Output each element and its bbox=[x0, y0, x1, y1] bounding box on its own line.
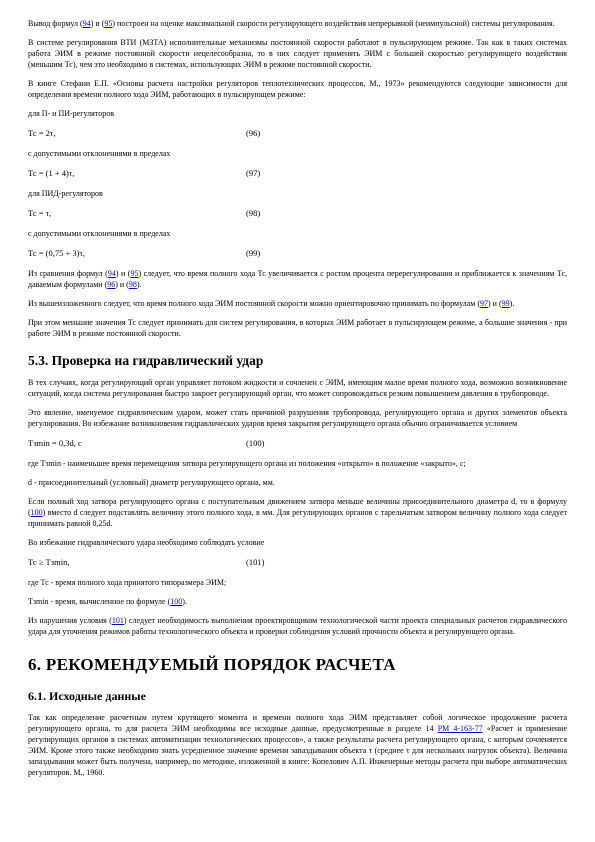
reference-link[interactable]: 94 bbox=[83, 19, 91, 28]
section-heading: 5.3. Проверка на гидравлический удар bbox=[28, 353, 567, 369]
formula-row: Тс = (0,75 + 3)τ,(99) bbox=[28, 248, 567, 259]
reference-link[interactable]: 98 bbox=[129, 280, 137, 289]
reference-link[interactable]: 100 bbox=[170, 597, 182, 606]
section-heading: 6.1. Исходные данные bbox=[28, 689, 567, 704]
paragraph: В тех случаях, когда регулирующий орган … bbox=[28, 377, 567, 399]
formula-expression: Тс = (0,75 + 3)τ, bbox=[28, 248, 246, 259]
paragraph: Из нарушения условия (101) следует необх… bbox=[28, 615, 567, 637]
formula-expression: Тс = (1 + 4)τ, bbox=[28, 168, 246, 179]
formula-expression: Тзmin = 0,3d, с bbox=[28, 438, 246, 449]
text-segment: ) и ( bbox=[488, 299, 502, 308]
formula-row: Тс = τ,(98) bbox=[28, 208, 567, 219]
formula-expression: Тс ≥ Тзmin, bbox=[28, 557, 246, 568]
formula-expression: Тс = 2τ, bbox=[28, 128, 246, 139]
paragraph: с допустимыми отклонениями в пределах bbox=[28, 148, 567, 159]
paragraph: d - присоединительный (условный) диаметр… bbox=[28, 477, 567, 488]
text-segment: ) и ( bbox=[91, 19, 105, 28]
text-segment: где Тзmin - наименьшее время перемещения… bbox=[28, 459, 466, 468]
paragraph: В книге Стефани Е.П. «Основы расчета нас… bbox=[28, 78, 567, 100]
reference-link[interactable]: 94 bbox=[108, 269, 116, 278]
text-segment: Во избежание гидравлического удара необх… bbox=[28, 538, 264, 547]
paragraph: Вывод формул (94) и (95) построен на оце… bbox=[28, 18, 567, 29]
text-segment: ) и ( bbox=[116, 269, 131, 278]
text-segment: В тех случаях, когда регулирующий орган … bbox=[28, 378, 567, 398]
formula-row: Тзmin = 0,3d, с(100) bbox=[28, 438, 567, 449]
text-segment: Тзmin - время, вычисленное по формуле ( bbox=[28, 597, 170, 606]
formula-number: (101) bbox=[246, 557, 264, 568]
text-segment: В системе регулирования ВТИ (МЗТА) испол… bbox=[28, 38, 567, 69]
text-segment: При этом меньшие значения Тс следует при… bbox=[28, 318, 567, 338]
text-segment: Из нарушения условия ( bbox=[28, 616, 112, 625]
text-segment: ). bbox=[137, 280, 142, 289]
paragraph: Тзmin - время, вычисленное по формуле (1… bbox=[28, 596, 567, 607]
text-segment: ) вместо d следует подставлять величину … bbox=[28, 508, 567, 528]
text-segment: Из вышеизложенного следует, что время по… bbox=[28, 299, 480, 308]
text-segment: с допустимыми отклонениями в пределах bbox=[28, 149, 170, 158]
document-content: Вывод формул (94) и (95) построен на оце… bbox=[28, 18, 567, 778]
text-segment: для ПИД-регуляторов bbox=[28, 189, 103, 198]
paragraph: для П- и ПИ-регуляторов bbox=[28, 108, 567, 119]
text-segment: где Тс - время полного хода принятого ти… bbox=[28, 578, 226, 587]
text-segment: ). bbox=[510, 299, 515, 308]
reference-link[interactable]: 97 bbox=[480, 299, 488, 308]
reference-link[interactable]: РМ 4-163-77 bbox=[438, 724, 483, 733]
reference-link[interactable]: 101 bbox=[112, 616, 124, 625]
text-segment: Это явление, именуемое гидравлическим уд… bbox=[28, 408, 567, 428]
formula-number: (98) bbox=[246, 208, 260, 219]
text-segment: Вывод формул ( bbox=[28, 19, 83, 28]
paragraph: где Тзmin - наименьшее время перемещения… bbox=[28, 458, 567, 469]
formula-number: (100) bbox=[246, 438, 264, 449]
paragraph: При этом меньшие значения Тс следует при… bbox=[28, 317, 567, 339]
formula-expression: Тс = τ, bbox=[28, 208, 246, 219]
text-segment: ). bbox=[182, 597, 187, 606]
document-page: Вывод формул (94) и (95) построен на оце… bbox=[0, 0, 595, 842]
paragraph: Из вышеизложенного следует, что время по… bbox=[28, 298, 567, 309]
text-segment: Из сравнения формул ( bbox=[28, 269, 108, 278]
paragraph: для ПИД-регуляторов bbox=[28, 188, 567, 199]
formula-row: Тс ≥ Тзmin,(101) bbox=[28, 557, 567, 568]
paragraph: Во избежание гидравлического удара необх… bbox=[28, 537, 567, 548]
reference-link[interactable]: 100 bbox=[31, 508, 43, 517]
section-heading: 6. РЕКОМЕНДУЕМЫЙ ПОРЯДОК РАСЧЕТА bbox=[28, 655, 567, 675]
paragraph: с допустимыми отклонениями в пределах bbox=[28, 228, 567, 239]
text-segment: d - присоединительный (условный) диаметр… bbox=[28, 478, 275, 487]
paragraph: В системе регулирования ВТИ (МЗТА) испол… bbox=[28, 37, 567, 70]
text-segment: для П- и ПИ-регуляторов bbox=[28, 109, 114, 118]
formula-number: (99) bbox=[246, 248, 260, 259]
formula-row: Тс = (1 + 4)τ,(97) bbox=[28, 168, 567, 179]
text-segment: с допустимыми отклонениями в пределах bbox=[28, 229, 170, 238]
formula-number: (97) bbox=[246, 168, 260, 179]
reference-link[interactable]: 99 bbox=[502, 299, 510, 308]
formula-number: (96) bbox=[246, 128, 260, 139]
formula-row: Тс = 2τ,(96) bbox=[28, 128, 567, 139]
paragraph: Это явление, именуемое гидравлическим уд… bbox=[28, 407, 567, 429]
paragraph: где Тс - время полного хода принятого ти… bbox=[28, 577, 567, 588]
text-segment: ) построен на оценке максимальной скорос… bbox=[112, 19, 554, 28]
text-segment: В книге Стефани Е.П. «Основы расчета нас… bbox=[28, 79, 567, 99]
paragraph: Так как определение расчетным путем крут… bbox=[28, 712, 567, 778]
text-segment: ) и ( bbox=[115, 280, 129, 289]
paragraph: Из сравнения формул (94) и (95) следует,… bbox=[28, 268, 567, 290]
paragraph: Если полный ход затвора регулирующего ор… bbox=[28, 496, 567, 529]
